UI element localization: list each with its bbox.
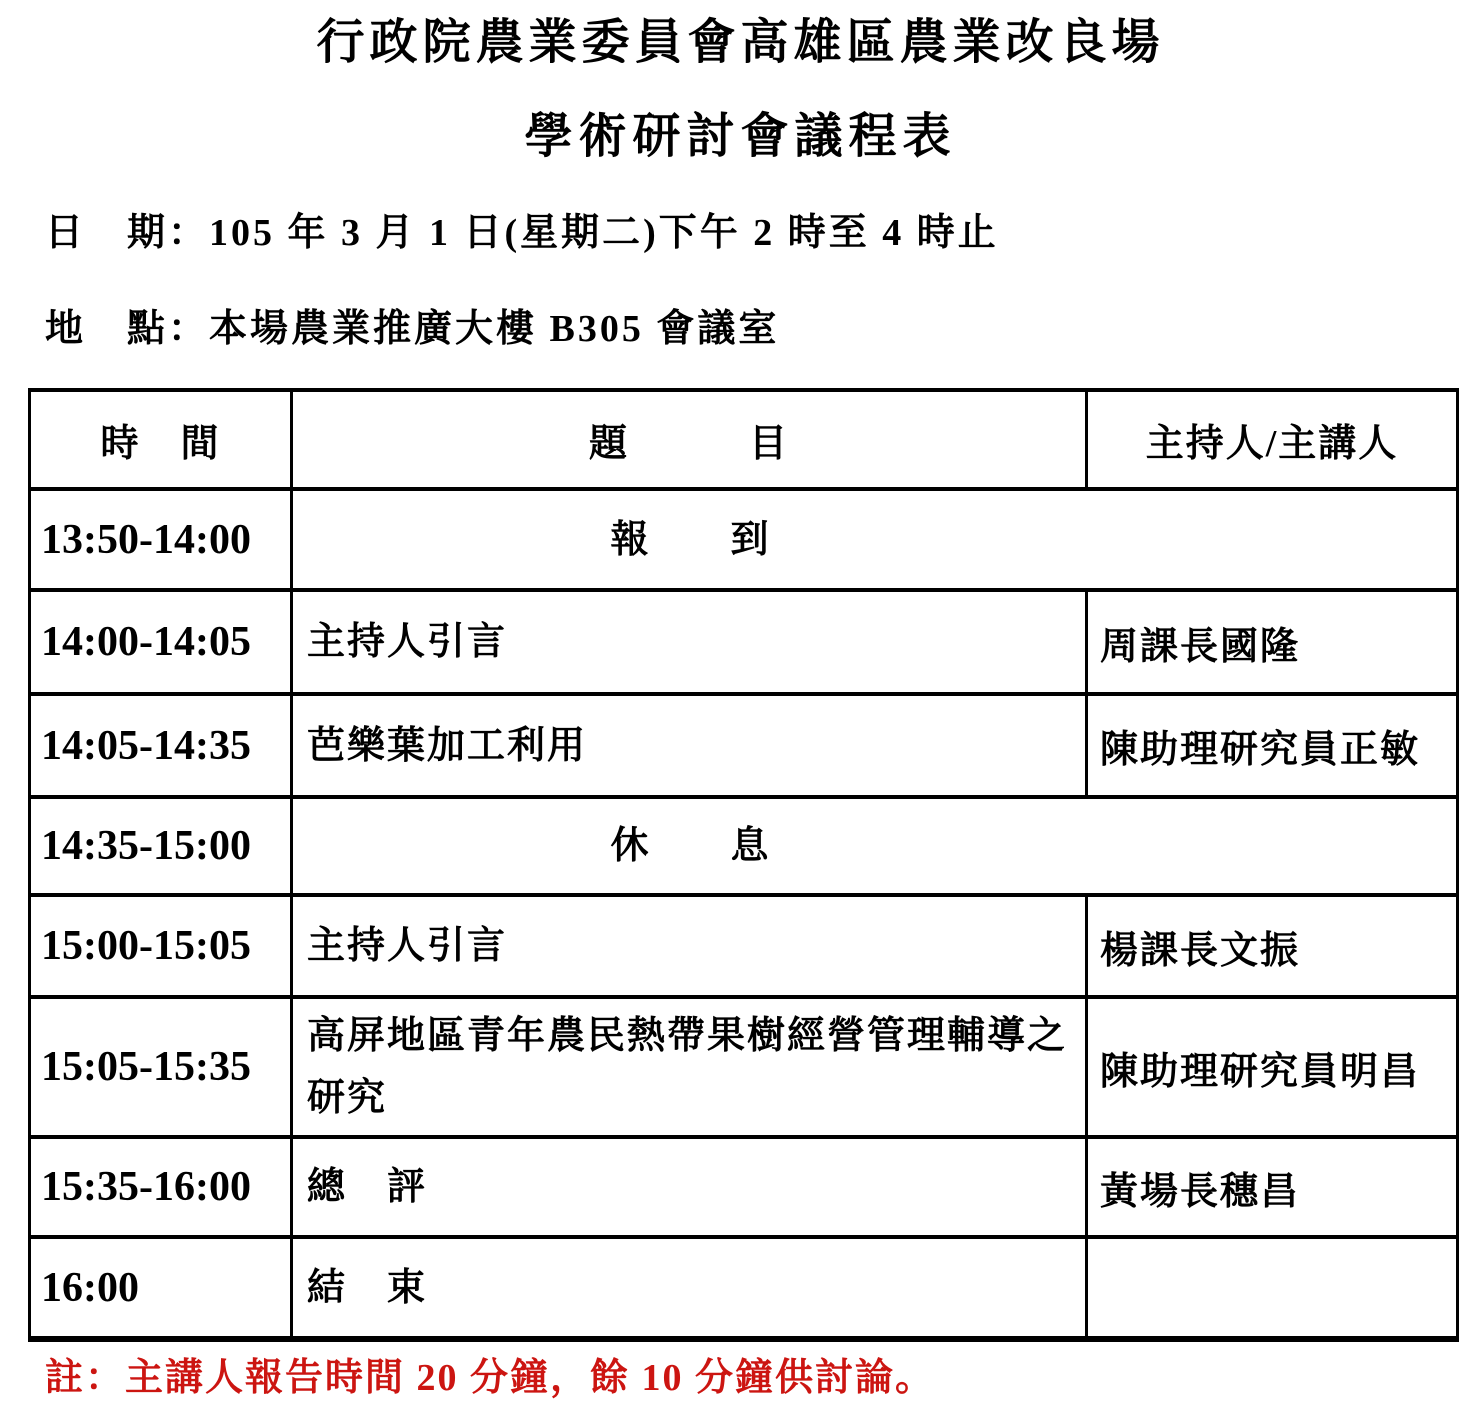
- table-row: 15:00-15:05 主持人引言 楊課長文振: [30, 895, 1458, 997]
- cell-time: 14:00-14:05: [30, 590, 292, 694]
- date-line: 日 期：105 年 3 月 1 日(星期二)下午 2 時至 4 時止: [45, 208, 999, 258]
- cell-topic-merged: 報 到: [292, 489, 1458, 590]
- header-topic: 題 目: [292, 390, 1087, 489]
- cell-topic: 主持人引言: [292, 895, 1087, 997]
- cell-topic: 主持人引言: [292, 590, 1087, 694]
- cell-topic: 芭樂葉加工利用: [292, 694, 1087, 797]
- cell-topic: 結 束: [292, 1237, 1087, 1339]
- cell-presenter: 陳助理研究員明昌: [1087, 997, 1458, 1137]
- table-row: 16:00 結 束: [30, 1237, 1458, 1339]
- cell-presenter: 楊課長文振: [1087, 895, 1458, 997]
- document-subtitle: 學術研討會議程表: [0, 106, 1481, 168]
- table-header-row: 時 間 題 目 主持人/主講人: [30, 390, 1458, 489]
- table-row: 15:35-16:00 總 評 黃場長穗昌: [30, 1137, 1458, 1237]
- cell-time: 13:50-14:00: [30, 489, 292, 590]
- merged-topic-text: 休 息: [293, 815, 1088, 877]
- cell-time: 15:05-15:35: [30, 997, 292, 1137]
- header-presenter: 主持人/主講人: [1087, 390, 1458, 489]
- cell-topic: 總 評: [292, 1137, 1087, 1237]
- cell-time: 14:35-15:00: [30, 797, 292, 895]
- merged-topic-text: 報 到: [293, 509, 1088, 571]
- footnote: 註：主講人報告時間 20 分鐘，餘 10 分鐘供討論。: [45, 1346, 935, 1401]
- cell-presenter: 周課長國隆: [1087, 590, 1458, 694]
- cell-presenter: [1087, 1237, 1458, 1339]
- document-title: 行政院農業委員會高雄區農業改良場: [0, 12, 1481, 74]
- table-row: 14:35-15:00 休 息: [30, 797, 1458, 895]
- location-line: 地 點：本場農業推廣大樓 B305 會議室: [45, 304, 779, 354]
- cell-presenter: 陳助理研究員正敏: [1087, 694, 1458, 797]
- table-row: 13:50-14:00 報 到: [30, 489, 1458, 590]
- header-time: 時 間: [30, 390, 292, 489]
- cell-time: 15:35-16:00: [30, 1137, 292, 1237]
- cell-time: 16:00: [30, 1237, 292, 1339]
- cell-topic: 高屏地區青年農民熱帶果樹經營管理輔導之研究: [292, 997, 1087, 1137]
- cell-time: 14:05-14:35: [30, 694, 292, 797]
- table-row: 14:00-14:05 主持人引言 周課長國隆: [30, 590, 1458, 694]
- cell-topic-merged: 休 息: [292, 797, 1458, 895]
- table-row: 15:05-15:35 高屏地區青年農民熱帶果樹經營管理輔導之研究 陳助理研究員…: [30, 997, 1458, 1137]
- agenda-table: 時 間 題 目 主持人/主講人 13:50-14:00 報 到 14:00-14…: [28, 388, 1459, 1342]
- cell-presenter: 黃場長穗昌: [1087, 1137, 1458, 1237]
- cell-time: 15:00-15:05: [30, 895, 292, 997]
- table-row: 14:05-14:35 芭樂葉加工利用 陳助理研究員正敏: [30, 694, 1458, 797]
